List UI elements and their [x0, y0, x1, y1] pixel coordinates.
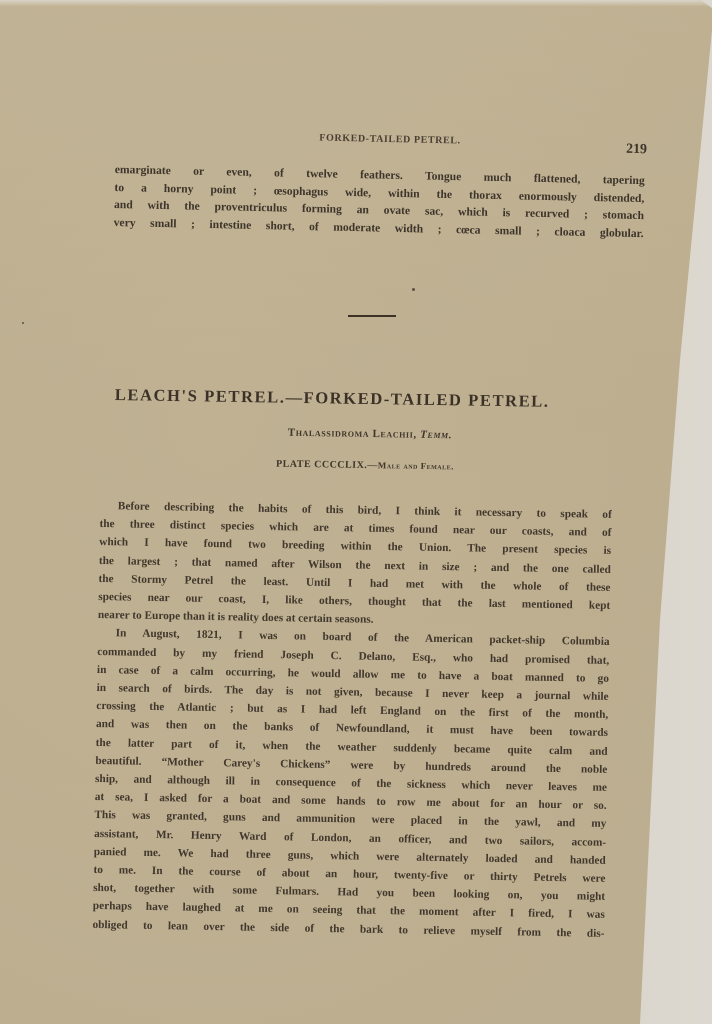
book-page: FORKED-TAILED PETREL. 219 emarginate or … [0, 0, 712, 1024]
continued-paragraph: emarginate or even, of twelve feathers. … [114, 161, 645, 242]
plate-caption: PLATE CCCCLIX.—Male and Female. [240, 458, 490, 473]
scientific-name: Thalassidroma Leachii, Temm. [250, 426, 490, 442]
page-top-edge [0, 0, 712, 6]
plate-number: PLATE CCCCLIX.— [276, 459, 378, 472]
section-divider-rule [348, 315, 396, 317]
paper-speck [412, 288, 415, 291]
body-text: Before describing the habits of this bir… [92, 497, 612, 943]
paper-speck [22, 322, 24, 324]
plate-sexes: Male and Female. [378, 460, 454, 471]
page-number: 219 [626, 142, 647, 158]
species-authority: Temm. [420, 429, 452, 442]
running-head: FORKED-TAILED PETREL. [290, 132, 490, 147]
species-binomial: Thalassidroma Leachii, [288, 427, 417, 441]
section-title: LEACH'S PETREL.—FORKED-TAILED PETREL. [115, 385, 615, 413]
